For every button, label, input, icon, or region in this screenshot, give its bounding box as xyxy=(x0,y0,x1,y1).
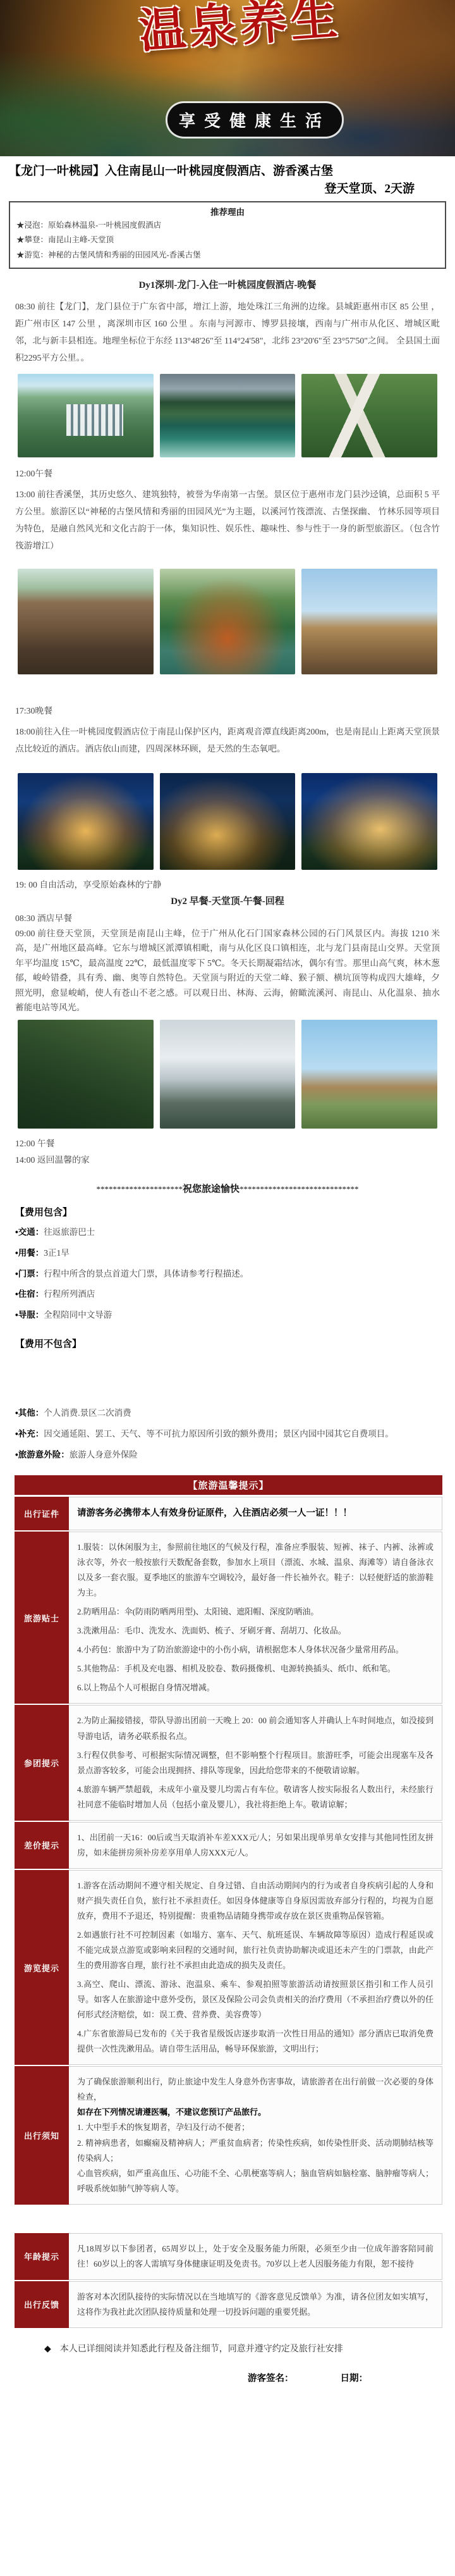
table-row-feedback: 出行反馈 游客对本次团队接待的实际情况以在当地填写的《游客意见反馈单》为准，请各… xyxy=(15,2281,442,2328)
agreement-text: 本人已详细阅读并知悉此行程及备注细节，同意并遵守约定及旅行社安排 xyxy=(60,2344,343,2354)
row-label: 差价提示 xyxy=(15,1822,69,1869)
fee-item-guide: •导服：全程陪同中文导游 xyxy=(15,1308,440,1322)
age-feedback-table: 年龄提示 凡18周岁以下参团者，65周岁以上，处于安全及服务能力所限，必须至少由… xyxy=(15,2233,442,2328)
hotel-villa-night-photo xyxy=(18,773,154,870)
row-text: 2.如遇旅行社不可控制因素（如塌方、塞车、天气、航班延误、车辆故障等原因）造成行… xyxy=(77,1928,434,1973)
day1-1730-line: 17:30晚餐 xyxy=(15,703,440,716)
row-text: 1.服装：以休闲服为主，参照前往地区的气候及行程，准备应季服装、短裤、袜子、内裤… xyxy=(77,1540,434,1601)
row-text: 1.游客在活动期间不遵守相关规定、自身过错、自由活动期间内的行为或者自身疾病引起… xyxy=(77,1878,434,1924)
row-text-warning: 如存在下列情况请遵医嘱，不建议您预订产品旅行。 xyxy=(77,2105,434,2120)
fee-label: •其他： xyxy=(15,1408,44,1418)
wish-stars-right: ***************************** xyxy=(240,1184,359,1194)
fee-label: •住宿： xyxy=(15,1289,44,1299)
row-label: 游览提示 xyxy=(15,1870,69,2065)
row-label: 出行须知 xyxy=(15,2066,69,2204)
wish-line: *********************祝您旅途愉快*************… xyxy=(0,1182,455,1195)
fee-text: 3正1早 xyxy=(44,1248,70,1258)
agreement-line: ◆本人已详细阅读并知悉此行程及备注细节，同意并遵守约定及旅行社安排 xyxy=(44,2342,455,2355)
fee-text: 因交通延阻、罢工、天气、等不可抗力原因所引致的额外费用；景区内园中园其它自费项目… xyxy=(44,1429,394,1439)
tips-table: 出行证件 请游客务必携带本人有效身份证原件，入住酒店必须一人一证！！！ 旅游贴士… xyxy=(15,1497,442,2205)
day1-heading: Dy1深圳-龙门-入住一叶桃园度假酒店-晚餐 xyxy=(0,278,455,291)
row-content: 2.为防止漏接错接，带队导游出团前一天晚上 20：00 前会通知客人并确认上车时… xyxy=(69,1705,442,1820)
fee-item-lodging: •住宿：行程所列酒店 xyxy=(15,1287,440,1301)
row-content: 1.游客在活动期间不遵守相关规定、自身过错、自由活动期间内的行为或者自身疾病引起… xyxy=(69,1870,442,2065)
xiangxi-castle-photo xyxy=(18,569,154,674)
spacer xyxy=(0,1350,455,1399)
fee-item-tickets: •门票：行程中所含的景点首道大门票，具体请参考行程描述。 xyxy=(15,1267,440,1281)
hotel-garden-night-photo xyxy=(301,773,437,870)
row-label: 参团提示 xyxy=(15,1705,69,1820)
table-row-documents: 出行证件 请游客务必携带本人有效身份证原件，入住酒店必须一人一证！！！ xyxy=(15,1497,442,1530)
longmen-aerial-photo xyxy=(18,374,154,457)
row-content: 1、出团前一天16：00后或当天取消补车差XXX元/人；另如果出现单男单女安排与… xyxy=(69,1822,442,1869)
banner-title: 温泉养生 xyxy=(112,0,368,59)
fee-label: •用餐： xyxy=(15,1248,44,1258)
recommend-item: ★游览：神秘的古堡风情和秀丽的田园风光-香溪古堡 xyxy=(16,249,439,262)
summit-peak-photo xyxy=(301,1020,437,1129)
bamboo-raft-photo xyxy=(160,569,296,674)
fee-text: 行程所列酒店 xyxy=(44,1289,95,1299)
row-text: 游客对本次团队接待的实际情况以在当地填写的《游客意见反馈单》为准，请各位团友如实… xyxy=(77,2289,434,2320)
recommend-item: ★浸泡：原始森林温泉-一叶桃园度假酒店 xyxy=(16,219,439,232)
day2-1200-line: 12:00 午餐 xyxy=(15,1136,440,1149)
row-text: 6.以上物品个人可根据自身情况增减。 xyxy=(77,1680,434,1695)
page-title: 【龙门一叶桃园】入住南昆山一叶桃园度假酒店、游香溪古堡 xyxy=(9,163,446,181)
row-text: 1、出团前一天16：00后或当天取消补车差XXX元/人；另如果出现单男单女安排与… xyxy=(77,1830,434,1861)
fees-exclude-heading: 【费用不包含】 xyxy=(15,1337,440,1350)
row-content: 1.服装：以休闲服为主，参照前往地区的气候及行程，准备应季服装、短裤、袜子、内裤… xyxy=(69,1532,442,1704)
day1-photo-row-3 xyxy=(18,773,437,870)
signature-label: 游客签名： xyxy=(248,2374,294,2384)
table-row-sightseeing-notice: 游览提示 1.游客在活动期间不遵守相关规定、自身过错、自由活动期间内的行为或者自… xyxy=(15,1870,442,2065)
table-row-group-notice: 参团提示 2.为防止漏接错接，带队导游出团前一天晚上 20：00 前会通知客人并… xyxy=(15,1705,442,1820)
date-label: 日期： xyxy=(341,2374,368,2384)
row-text: 5.其他物品：手机及充电器、相机及胶卷、数码摄像机、电源转换插头、纸巾、纸和笔。 xyxy=(77,1661,434,1676)
day1-photo-row-1 xyxy=(18,374,437,457)
fee-text: 旅游人身意外保险 xyxy=(70,1450,138,1459)
forest-ridge-photo xyxy=(18,1020,154,1129)
day1-photo-row-2 xyxy=(18,569,437,674)
fee-text: 全程陪同中文导游 xyxy=(44,1310,112,1320)
fee-item-transport: •交通：往返旅游巴士 xyxy=(15,1225,440,1239)
fee-label: •补充： xyxy=(15,1429,44,1439)
fee-item-meals: •用餐：3正1早 xyxy=(15,1246,440,1260)
signature-row: 游客签名：日期： xyxy=(248,2371,455,2384)
recommend-item: ★攀登：南昆山主峰-天堂顶 xyxy=(16,233,439,247)
fee-item-supplement: •补充：因交通延阻、罢工、天气、等不可抗力原因所引致的额外费用；景区内园中园其它… xyxy=(15,1427,440,1441)
page-title-line2: 登天堂顶、2天游 xyxy=(9,181,415,198)
row-text: 3.高空、爬山、漂流、游泳、泡温泉、乘车、参观拍照等旅游活动请按照景区指引和工作… xyxy=(77,1977,434,2022)
cloud-sea-photo xyxy=(160,1020,296,1129)
fee-label: •导服： xyxy=(15,1310,44,1320)
old-village-photo xyxy=(301,569,437,674)
day1-1900-line: 19: 00 自由活动，享受原始森林的宁静 xyxy=(15,877,440,890)
day1-1200-line: 12:00午餐 xyxy=(15,466,440,479)
row-text: 为了确保旅游顺利出行，防止旅途中发生人身意外伤害事故，请旅游者在出行前做一次必要… xyxy=(77,2074,434,2105)
row-text: 心血管疾病，如严重高血压、心功能不全、心肌梗塞等病人；脑血管病如脑栓塞、脑肿瘤等… xyxy=(77,2166,434,2196)
day1-0830-paragraph: 08:30 前往【龙门】，龙门县位于广东省中部，增江上游，地处珠江三角洲的边缘。… xyxy=(15,299,440,367)
day2-0830-line: 08:30 酒店早餐 xyxy=(15,911,440,924)
row-text: 2. 精神病患者，如癫痫及精神病人；严重贫血病者；传染性疾病，如传染性肝炎、活动… xyxy=(77,2136,434,2166)
fee-label: •交通： xyxy=(15,1227,44,1237)
fee-text: 往返旅游巴士 xyxy=(44,1227,95,1237)
row-content: 凡18周岁以下参团者，65周岁以上，处于安全及服务能力所限，必须至少由一位成年游… xyxy=(69,2233,442,2280)
row-content: 为了确保旅游顺利出行，防止旅途中发生人身意外伤害事故，请旅游者在出行前做一次必要… xyxy=(69,2066,442,2204)
fee-text: 行程中所含的景点首道大门票，具体请参考行程描述。 xyxy=(44,1269,248,1279)
table-row-age-notice: 年龄提示 凡18周岁以下参团者，65周岁以上，处于安全及服务能力所限，必须至少由… xyxy=(15,2233,442,2280)
row-text: 1. 大中型手术的恢复期者，孕妇及行动不便者； xyxy=(77,2120,434,2135)
row-text: 凡18周岁以下参团者，65周岁以上，处于安全及服务能力所限，必须至少由一位成年游… xyxy=(77,2241,434,2272)
row-text: 2.为防止漏接错接，带队导游出团前一天晚上 20：00 前会通知客人并确认上车时… xyxy=(77,1713,434,1743)
row-text: 4.旅游车辆严禁超载，未成年小童及婴儿均需占有车位。敬请客人按实际报名人数出行，… xyxy=(77,1782,434,1812)
row-label: 旅游贴士 xyxy=(15,1532,69,1704)
banner-subtitle: 享受健康生活 xyxy=(167,103,342,137)
itinerary-document: 温泉养生 享受健康生活 【龙门一叶桃园】入住南昆山一叶桃园度假酒店、游香溪古堡 … xyxy=(0,0,455,2576)
hotel-buildings-night-photo xyxy=(160,773,296,870)
day2-1400-line: 14:00 返回温馨的家 xyxy=(15,1153,440,1165)
zengjiang-lake-photo xyxy=(160,374,296,457)
fee-item-insurance: •旅游意外险：旅游人身意外保险 xyxy=(15,1448,440,1462)
mountain-road-photo xyxy=(301,374,437,457)
row-text: 3.行程仅供参考、可根据实际情况调整，但不影响整个行程项目。旅游旺季，可能会出现… xyxy=(77,1748,434,1778)
row-content: 游客对本次团队接待的实际情况以在当地填写的《游客意见反馈单》为准，请各位团友如实… xyxy=(69,2281,442,2328)
day2-heading: Dy2 早餐-天堂顶-午餐-回程 xyxy=(0,894,455,907)
row-text: 2.防晒用品：伞(防雨防晒两用型)、太阳镜、遮阳帽、深度防晒油。 xyxy=(77,1604,434,1619)
row-text: 3.洗漱用品：毛巾、洗发水、洗面奶、梳子、牙刷牙膏、刮胡刀、化妆品。 xyxy=(77,1623,434,1638)
day1-1300-paragraph: 13:00 前往香溪堡，其历史悠久、建筑独特，被誉为华南第一古堡。景区位于惠州市… xyxy=(15,486,440,555)
table-row-travel-tips: 旅游贴士 1.服装：以休闲服为主，参照前往地区的气候及行程，准备应季服装、短裤、… xyxy=(15,1532,442,1704)
row-label: 出行反馈 xyxy=(15,2281,69,2328)
row-text: 请游客务必携带本人有效身份证原件，入住酒店必须一人一证！！！ xyxy=(77,1505,434,1522)
fees-include-heading: 【费用包含】 xyxy=(15,1205,440,1218)
day2-0900-paragraph: 09:00 前往登天堂顶，天堂顶是南昆山主峰，位于广州从化石门国家森林公园的石门… xyxy=(15,926,440,1015)
wish-text: 祝您旅途愉快 xyxy=(183,1184,240,1194)
fee-text: 个人消费.景区二次消费 xyxy=(44,1408,131,1418)
row-label: 出行证件 xyxy=(15,1497,69,1530)
recommend-reasons-box: 推荐理由 ★浸泡：原始森林温泉-一叶桃园度假酒店 ★攀登：南昆山主峰-天堂顶 ★… xyxy=(9,201,446,269)
fee-label: •门票： xyxy=(15,1269,44,1279)
table-row-price-difference: 差价提示 1、出团前一天16：00后或当天取消补车差XXX元/人；另如果出现单男… xyxy=(15,1822,442,1869)
hot-spring-banner-image: 温泉养生 享受健康生活 xyxy=(0,0,455,156)
fee-label: •旅游意外险： xyxy=(15,1450,70,1459)
fee-item-other: •其他：个人消费.景区二次消费 xyxy=(15,1406,440,1420)
day2-photo-row xyxy=(18,1020,437,1129)
recommend-heading: 推荐理由 xyxy=(16,205,439,218)
diamond-bullet-icon: ◆ xyxy=(44,2344,51,2354)
row-text: 4.小药包：旅游中为了防治旅游途中的小伤小病，请根据您本人身体状况备少量常用药品… xyxy=(77,1642,434,1657)
row-label: 年龄提示 xyxy=(15,2233,69,2280)
tips-banner: 【旅游温馨提示】 xyxy=(15,1475,442,1495)
row-text: 4.广东省旅游局已发布的《关于我省星级饭店逐步取消一次性日用品的通知》部分酒店已… xyxy=(77,2026,434,2057)
day1-1800-paragraph: 18:00前往入住一叶桃园度假酒店位于南昆山保护区内，距离观音潭直线距离200m… xyxy=(15,724,440,758)
table-row-health-notice: 出行须知 为了确保旅游顺利出行，防止旅途中发生人身意外伤害事故，请旅游者在出行前… xyxy=(15,2066,442,2204)
wish-stars-left: ********************* xyxy=(96,1184,183,1194)
row-content: 请游客务必携带本人有效身份证原件，入住酒店必须一人一证！！！ xyxy=(69,1497,442,1530)
